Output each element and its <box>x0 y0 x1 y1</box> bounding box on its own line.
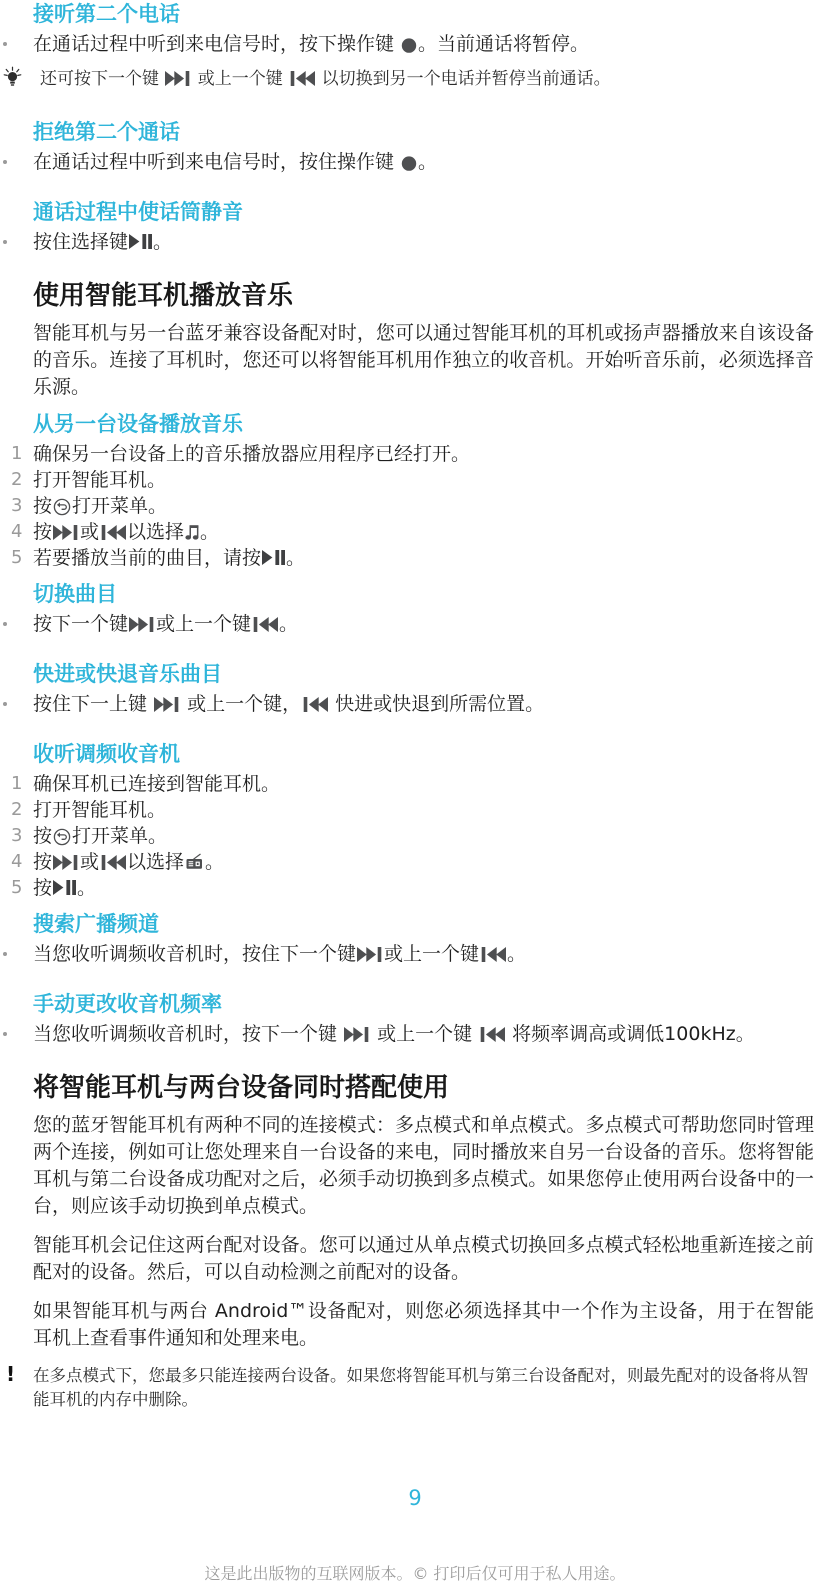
step-text: 若要播放当前的曲目，请按。 <box>33 547 305 569</box>
previous-key-icon <box>479 1021 505 1047</box>
step-text: 确保耳机已连接到智能耳机。 <box>33 773 280 795</box>
step-item: 4按或以选择。 <box>33 519 814 545</box>
previous-key-icon <box>302 691 328 717</box>
paragraph: 智能耳机与另一台蓝牙兼容设备配对时，您可以通过智能耳机的耳机或扬声器播放来自该设… <box>33 320 814 401</box>
previous-key-icon <box>252 611 278 637</box>
exclamation-icon: ! <box>6 1362 15 1386</box>
step-text: 按。 <box>33 877 96 899</box>
section-heading: 快进或快退音乐曲目 <box>33 663 814 686</box>
previous-key-icon <box>289 67 315 91</box>
page-content: 接听第二个电话在通话过程中听到来电信号时，按下操作键 。当前通话将暂停。还可按下… <box>0 0 830 1412</box>
section-heading: 拒绝第二个通话 <box>33 121 814 144</box>
paragraph: 如果智能耳机与两台 Android™设备配对，则您必须选择其中一个作为主设备，用… <box>33 1298 814 1352</box>
section-heading: 手动更改收音机频率 <box>33 993 814 1016</box>
step-item: 5按。 <box>33 875 814 901</box>
bullet-text: 当您收听调频收音机时，按下一个键 或上一个键 将频率调高或调低100kHz。 <box>33 1023 755 1045</box>
bullet-marker <box>3 1032 7 1036</box>
action-key-icon <box>401 149 417 175</box>
bullet-marker <box>3 42 7 46</box>
step-text: 打开智能耳机。 <box>33 799 166 821</box>
step-number: 1 <box>11 771 22 797</box>
menu-key-icon <box>53 823 71 849</box>
bullet-item: 按下一个键或上一个键。 <box>33 611 814 637</box>
bullet-item: 在通话过程中听到来电信号时，按下操作键 。当前通话将暂停。 <box>33 31 814 57</box>
bullet-text: 按下一个键或上一个键。 <box>33 613 298 635</box>
step-text: 按或以选择。 <box>33 521 219 543</box>
footer-note: 这是此出版物的互联网版本。© 打印后仅可用于私人用途。 <box>0 1561 830 1584</box>
step-text: 打开智能耳机。 <box>33 469 166 491</box>
step-text: 确保另一台设备上的音乐播放器应用程序已经打开。 <box>33 443 470 465</box>
bullet-marker <box>3 702 7 706</box>
paragraph: 智能耳机会记住这两台配对设备。您可以通过从单点模式切换回多点模式轻松地重新连接之… <box>33 1232 814 1286</box>
bullet-item: 当您收听调频收音机时，按下一个键 或上一个键 将频率调高或调低100kHz。 <box>33 1021 814 1047</box>
chapter-title: 使用智能耳机播放音乐 <box>33 281 814 312</box>
step-item: 2打开智能耳机。 <box>33 467 814 493</box>
step-item: 1确保另一台设备上的音乐播放器应用程序已经打开。 <box>33 441 814 467</box>
section-heading: 从另一台设备播放音乐 <box>33 413 814 436</box>
play-pause-key-icon <box>262 545 285 571</box>
next-key-icon <box>165 67 191 91</box>
page-number: 9 <box>0 1486 830 1510</box>
bullet-item: 在通话过程中听到来电信号时，按住操作键 。 <box>33 149 814 175</box>
step-number: 4 <box>11 519 22 545</box>
step-number: 2 <box>11 467 22 493</box>
step-item: 2打开智能耳机。 <box>33 797 814 823</box>
step-list: 1确保耳机已连接到智能耳机。2打开智能耳机。3按打开菜单。4按或以选择。5按。 <box>33 771 814 901</box>
previous-key-icon <box>100 849 126 875</box>
step-list: 1确保另一台设备上的音乐播放器应用程序已经打开。2打开智能耳机。3按打开菜单。4… <box>33 441 814 571</box>
section-heading: 搜索广播频道 <box>33 913 814 936</box>
step-item: 1确保耳机已连接到智能耳机。 <box>33 771 814 797</box>
tip-item: 还可按下一个键 或上一个键 以切换到另一个电话并暂停当前通话。 <box>33 67 814 91</box>
step-item: 5若要播放当前的曲目，请按。 <box>33 545 814 571</box>
section-heading: 切换曲目 <box>33 583 814 606</box>
chapter-title: 将智能耳机与两台设备同时搭配使用 <box>33 1073 814 1104</box>
next-key-icon <box>129 611 155 637</box>
step-item: 3按打开菜单。 <box>33 493 814 519</box>
music-note-icon <box>185 519 199 545</box>
next-key-icon <box>344 1021 370 1047</box>
bullet-marker <box>3 160 7 164</box>
step-number: 2 <box>11 797 22 823</box>
bullet-text: 按住选择键。 <box>33 231 172 253</box>
section-heading: 接听第二个电话 <box>33 3 814 26</box>
radio-icon <box>185 849 204 875</box>
lightbulb-icon <box>2 66 23 96</box>
section-heading: 收听调频收音机 <box>33 743 814 766</box>
bullet-text: 按住下一上键 或上一个键， 快进或快退到所需位置。 <box>33 693 544 715</box>
step-text: 按打开菜单。 <box>33 495 167 517</box>
step-item: 4按或以选择。 <box>33 849 814 875</box>
bullet-item: 按住选择键。 <box>33 229 814 255</box>
bullet-text: 在通话过程中听到来电信号时，按住操作键 。 <box>33 151 437 173</box>
bullet-marker <box>3 240 7 244</box>
note-text: 在多点模式下，您最多只能连接两台设备。如果您将智能耳机与第三台设备配对，则最先配… <box>33 1366 809 1409</box>
next-key-icon <box>53 519 79 545</box>
next-key-icon <box>357 941 383 967</box>
step-item: 3按打开菜单。 <box>33 823 814 849</box>
tip-text: 还可按下一个键 或上一个键 以切换到另一个电话并暂停当前通话。 <box>40 69 611 89</box>
bullet-text: 当您收听调频收音机时，按住下一个键或上一个键。 <box>33 943 526 965</box>
bullet-marker <box>3 952 7 956</box>
step-number: 5 <box>11 545 22 571</box>
bullet-text: 在通话过程中听到来电信号时，按下操作键 。当前通话将暂停。 <box>33 33 589 55</box>
bullet-item: 按住下一上键 或上一个键， 快进或快退到所需位置。 <box>33 691 814 717</box>
step-number: 5 <box>11 875 22 901</box>
menu-key-icon <box>53 493 71 519</box>
step-number: 3 <box>11 823 22 849</box>
section-heading: 通话过程中使话筒静音 <box>33 201 814 224</box>
note-item: !在多点模式下，您最多只能连接两台设备。如果您将智能耳机与第三台设备配对，则最先… <box>33 1364 814 1412</box>
step-text: 按或以选择。 <box>33 851 224 873</box>
previous-key-icon <box>100 519 126 545</box>
manual-page: 接听第二个电话在通话过程中听到来电信号时，按下操作键 。当前通话将暂停。还可按下… <box>0 0 830 1591</box>
bullet-marker <box>3 622 7 626</box>
paragraph: 您的蓝牙智能耳机有两种不同的连接模式：多点模式和单点模式。多点模式可帮助您同时管… <box>33 1112 814 1220</box>
step-number: 1 <box>11 441 22 467</box>
bullet-item: 当您收听调频收音机时，按住下一个键或上一个键。 <box>33 941 814 967</box>
previous-key-icon <box>480 941 506 967</box>
play-pause-key-icon <box>53 875 76 901</box>
next-key-icon <box>154 691 180 717</box>
step-number: 4 <box>11 849 22 875</box>
play-pause-key-icon <box>129 229 152 255</box>
step-number: 3 <box>11 493 22 519</box>
next-key-icon <box>53 849 79 875</box>
step-text: 按打开菜单。 <box>33 825 167 847</box>
action-key-icon <box>401 31 417 57</box>
